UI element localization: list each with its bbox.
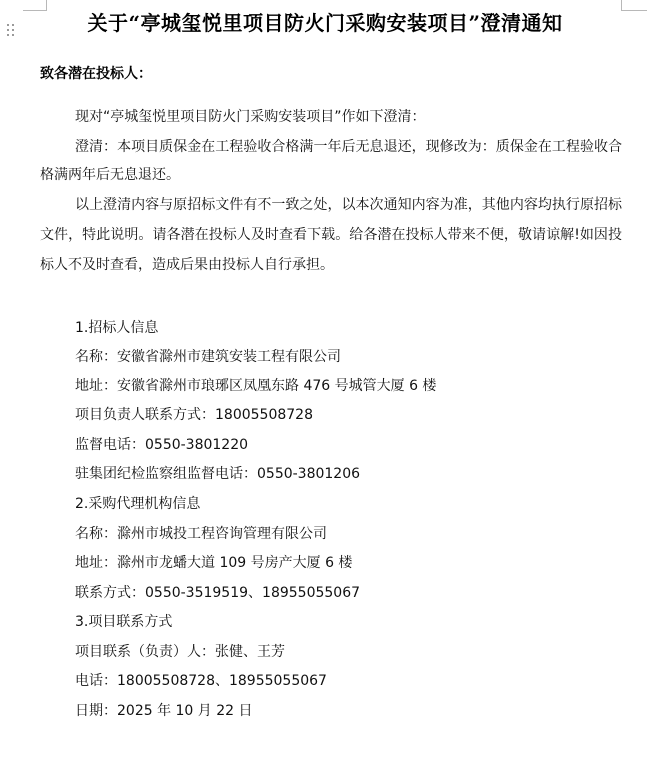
- agency-name: 名称：滁州市城投工程咨询管理有限公司: [75, 524, 327, 544]
- statement-line: 以上澄清内容与原招标文件有不一致之处，以本次通知内容为准，其他内容均执行原招标: [75, 195, 622, 215]
- section-heading-tenderer: 1.招标人信息: [75, 318, 158, 338]
- agency-address: 地址：滁州市龙蟠大道 109 号房产大厦 6 楼: [75, 553, 352, 573]
- section-heading-agency: 2.采购代理机构信息: [75, 494, 200, 514]
- discipline-supervision-phone: 驻集团纪检监察组监督电话：0550-3801206: [75, 464, 360, 484]
- document-title: 关于“亭城玺悦里项目防火门采购安装项目”澄清通知: [0, 8, 650, 38]
- clarification-line: 格满两年后无息退还。: [40, 165, 622, 185]
- salutation: 致各潜在投标人：: [40, 64, 152, 84]
- intro-paragraph: 现对“亭城玺悦里项目防火门采购安装项目”作如下澄清：: [75, 107, 426, 127]
- project-contact-persons: 项目联系（负责）人：张健、王芳: [75, 642, 285, 662]
- tenderer-contact: 项目负责人联系方式：18005508728: [75, 405, 313, 425]
- agency-contact: 联系方式：0550-3519519、18955055067: [75, 583, 360, 603]
- tenderer-name: 名称：安徽省滁州市建筑安装工程有限公司: [75, 347, 341, 367]
- statement-line: 标人不及时查看，造成后果由投标人自行承担。: [40, 255, 622, 275]
- section-heading-project-contact: 3.项目联系方式: [75, 612, 172, 632]
- project-contact-phone: 电话：18005508728、18955055067: [75, 671, 327, 691]
- clarification-line: 澄清：本项目质保金在工程验收合格满一年后无息退还，现修改为：质保金在工程验收合: [75, 137, 622, 157]
- statement-line: 文件，特此说明。请各潜在投标人及时查看下载。给各潜在投标人带来不便，敬请谅解!如…: [40, 225, 622, 245]
- supervision-phone: 监督电话：0550-3801220: [75, 435, 248, 455]
- notice-date: 日期：2025 年 10 月 22 日: [75, 701, 253, 721]
- tenderer-address: 地址：安徽省滁州市琅琊区凤凰东路 476 号城管大厦 6 楼: [75, 376, 436, 396]
